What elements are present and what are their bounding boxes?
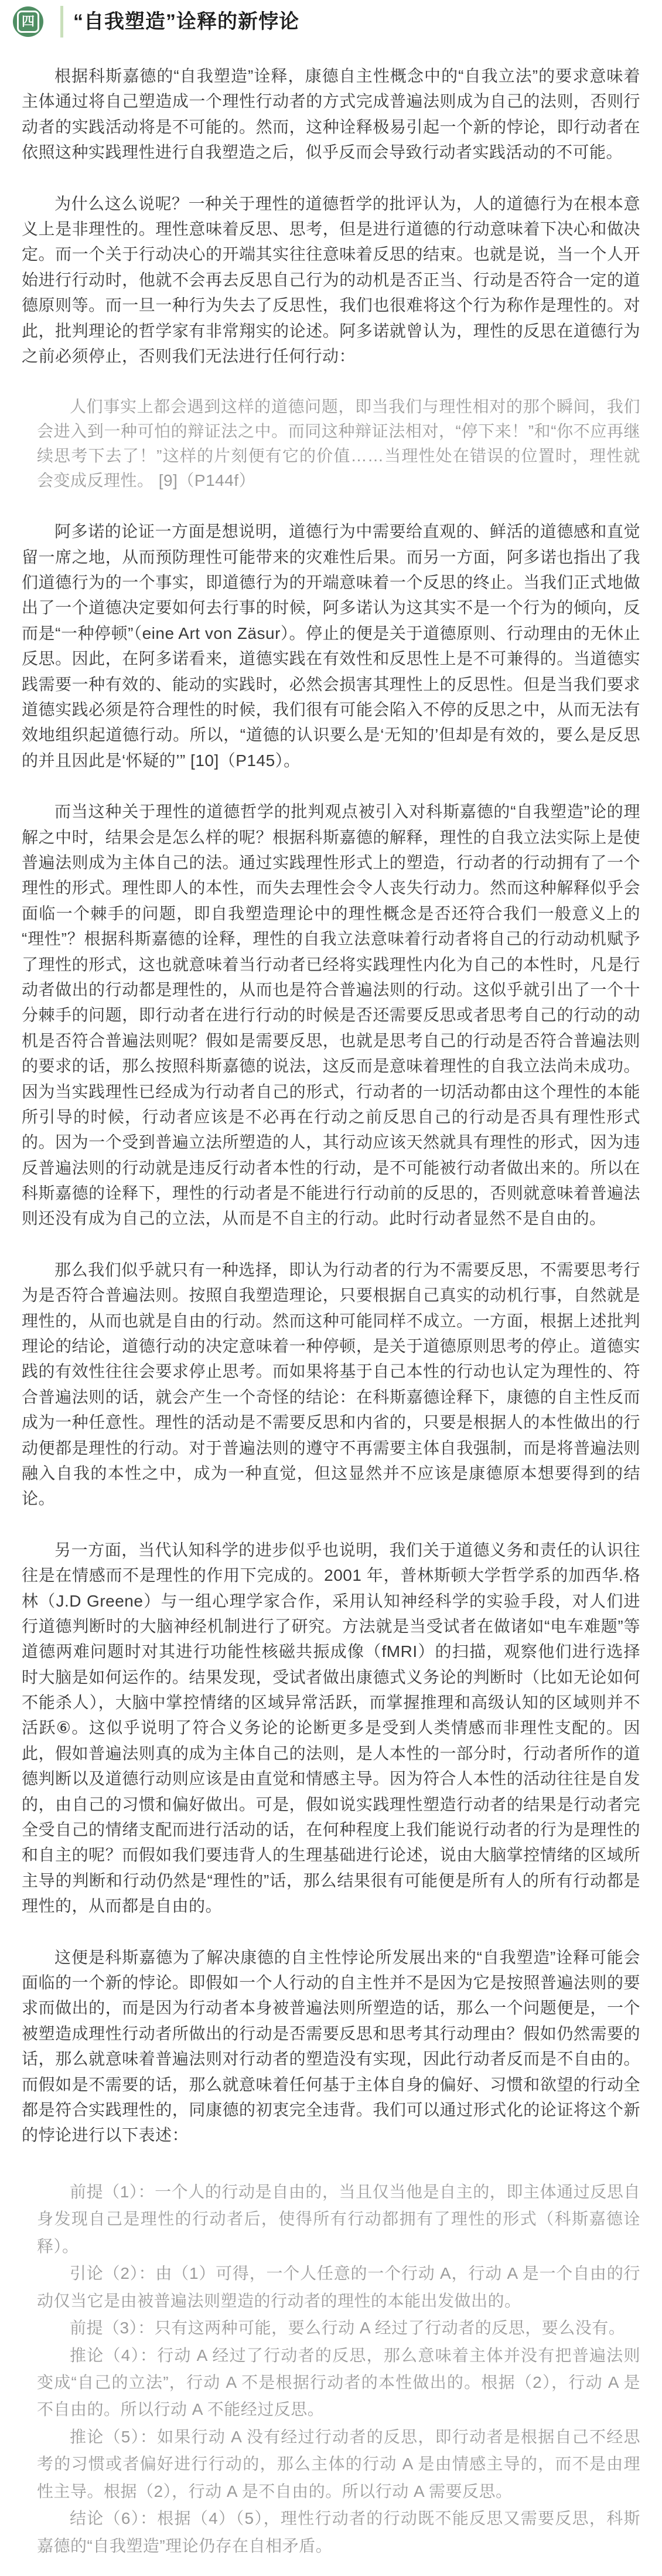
article-body: 根据科斯嘉德的“自我塑造”诠释，康德自主性概念中的“自我立法”的要求意味着主体通… [22, 63, 640, 2560]
argument-premise-1: 前提（1）：一个人的行动是自由的，当且仅当他是自主的，即主体通过反思自身发现自己… [37, 2179, 640, 2260]
paragraph-5: 那么我们似乎就只有一种选择，即认为行动者的行为不需要反思，不需要思考行为是否符合… [22, 1257, 640, 1512]
paragraph-6: 另一方面，当代认知科学的进步似乎也说明，我们关于道德义务和责任的认识往往是在情感… [22, 1537, 640, 1919]
formal-argument-block: 前提（1）：一个人的行动是自由的，当且仅当他是自主的，即主体通过反思自身发现自己… [37, 2179, 640, 2560]
argument-inference-4: 推论（4）：行动 A 经过了行动者的反思，那么意味着主体并没有把普遍法则变成“自… [37, 2342, 640, 2424]
argument-premise-3: 前提（3）：只有这两种可能，要么行动 A 经过了行动者的反思，要么没有。 [37, 2315, 640, 2342]
article-page: 四 “自我塑造”诠释的新悖论 根据科斯嘉德的“自我塑造”诠释，康德自主性概念中的… [0, 0, 662, 2576]
section-number: 四 [17, 11, 39, 33]
paragraph-4: 而当这种关于理性的道德哲学的批判观点被引入对科斯嘉德的“自我塑造”论的理解之中时… [22, 799, 640, 1231]
argument-lemma-2: 引论（2）：由（1）可得，一个人任意的一个行动 A，行动 A 是一个自由的行动仅… [37, 2260, 640, 2315]
section-title: “自我塑造”诠释的新悖论 [73, 10, 299, 34]
argument-conclusion-6: 结论（6）：根据（4）（5），理性行动者的行动既不能反思又需要反思，科斯嘉德的“… [37, 2505, 640, 2560]
adorno-quote-block: 人们事实上都会遇到这样的道德问题，即当我们与理性相对的那个瞬间，我们会进入到一种… [37, 394, 640, 493]
header-accent-bar [60, 6, 63, 38]
section-number-badge: 四 [13, 6, 43, 37]
paragraph-2: 为什么这么说呢？一种关于理性的道德哲学的批评认为，人的道德行为在根本意义上是非理… [22, 191, 640, 369]
paragraph-3: 阿多诺的论证一方面是想说明，道德行为中需要给直观的、鲜活的道德感和直觉留一席之地… [22, 519, 640, 773]
paragraph-7: 这便是科斯嘉德为了解决康德的自主性悖论所发展出来的“自我塑造”诠释可能会面临的一… [22, 1945, 640, 2148]
paragraph-1: 根据科斯嘉德的“自我塑造”诠释，康德自主性概念中的“自我立法”的要求意味着主体通… [22, 63, 640, 165]
argument-inference-5: 推论（5）：如果行动 A 没有经过行动者的反思，即行动者是根据自己不经思考的习惯… [37, 2424, 640, 2505]
section-header: 四 “自我塑造”诠释的新悖论 [22, 6, 640, 38]
